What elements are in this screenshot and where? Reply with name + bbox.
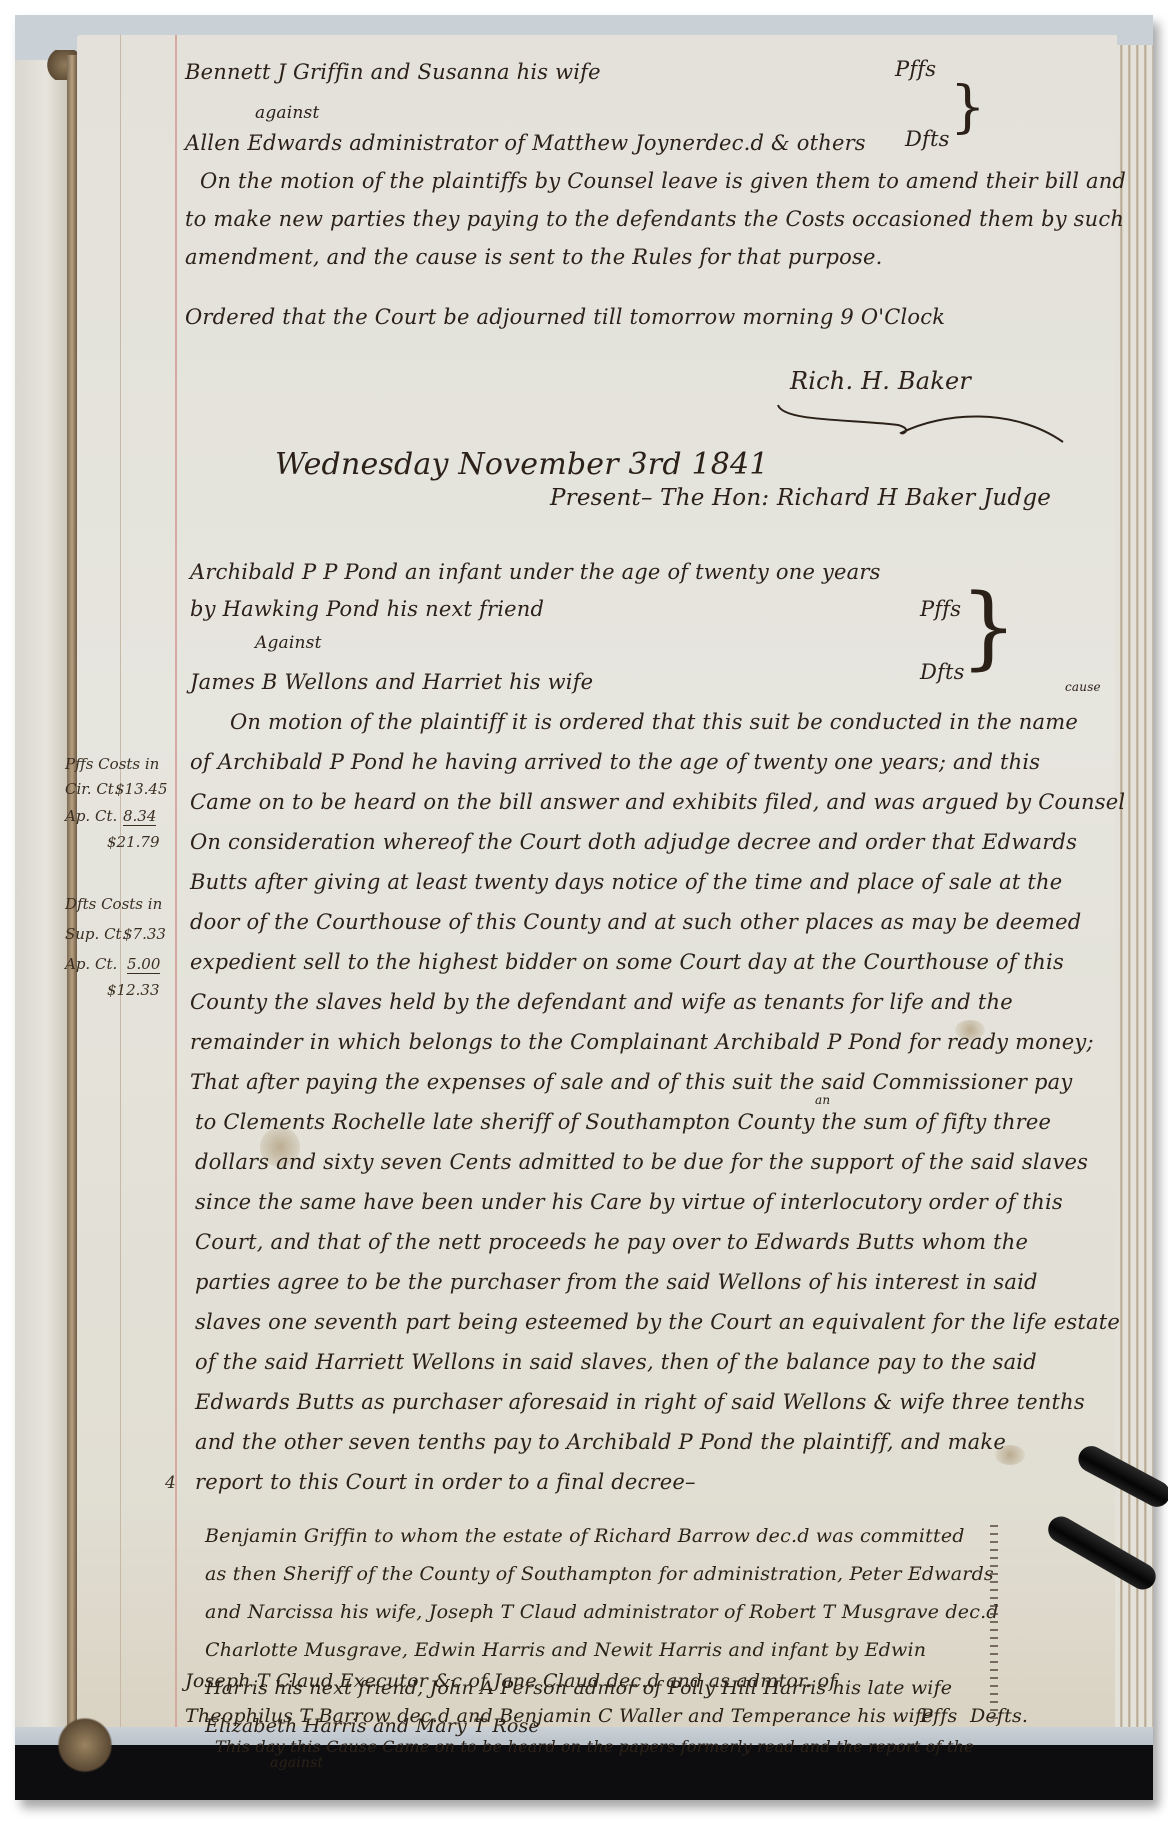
- case3-plaintiff-line: and Narcissa his wife, Joseph T Claud ad…: [205, 1601, 999, 1623]
- case3-plaintiff-line: Elizabeth Harris and Mary T Rose: [205, 1715, 540, 1737]
- case2-body-line: Came on to be heard on the bill answer a…: [190, 790, 1125, 814]
- case3-plaintiff-line: Charlotte Musgrave, Edwin Harris and New…: [205, 1639, 926, 1661]
- margin-pffs-row-amount: 8.34: [123, 807, 156, 826]
- case2-body-line: since the same have been under his Care …: [195, 1190, 1063, 1214]
- date-heading: Wednesday November 3rd 1841: [275, 447, 769, 482]
- case1-body-line: On the motion of the plaintiffs by Couns…: [200, 169, 1126, 193]
- case2-brace: }: [960, 575, 1017, 680]
- case2-body-line: and the other seven tenths pay to Archib…: [195, 1430, 1006, 1454]
- case1-defendants-label: Dfts: [905, 127, 950, 151]
- margin-tick-mark: 4: [165, 1473, 176, 1493]
- case1-against: against: [255, 103, 320, 123]
- margin-dfts-row-amount: 5.00: [127, 955, 160, 974]
- case2-plaintiff-line: by Hawking Pond his next friend: [190, 597, 544, 621]
- case2-body-line: door of the Courthouse of this County an…: [190, 910, 1081, 934]
- case2-defendants-label: Dfts: [920, 660, 965, 684]
- present-line: Present– The Hon: Richard H Baker Judge: [550, 485, 1051, 511]
- case2-body-line: expedient sell to the highest bidder on …: [190, 950, 1064, 974]
- case2-body-line: parties agree to be the purchaser from t…: [195, 1270, 1038, 1294]
- case2-body-line: Butts after giving at least twenty days …: [190, 870, 1062, 894]
- adjournment-order: Ordered that the Court be adjourned till…: [185, 305, 945, 329]
- black-background-band: [15, 1745, 1153, 1800]
- case2-body-line: County the slaves held by the defendant …: [190, 990, 1013, 1014]
- margin-dfts-row-amount: $7.33: [123, 925, 166, 943]
- case2-plaintiffs-label: Pffs: [920, 597, 961, 621]
- book-tailband: [55, 1715, 115, 1775]
- case2-body-line: Edwards Butts as purchaser aforesaid in …: [195, 1390, 1085, 1414]
- case1-body-line: amendment, and the cause is sent to the …: [185, 245, 882, 269]
- case3-plaintiff-line: Benjamin Griffin to whom the estate of R…: [205, 1525, 965, 1547]
- case2-body-line: dollars and sixty seven Cents admitted t…: [195, 1150, 1088, 1174]
- case2-body-line: slaves one seventh part being esteemed b…: [195, 1310, 1120, 1334]
- margin-pffs-row-label: Cir. Ct.: [65, 780, 119, 798]
- margin-dfts-total: $12.33: [107, 981, 160, 999]
- case2-body-line: of Archibald P Pond he having arrived to…: [190, 750, 1040, 774]
- margin-pffs-row-label: Ap. Ct.: [65, 807, 117, 825]
- margin-dfts-row-label: Ap. Ct.: [65, 955, 117, 973]
- margin-dfts-costs-heading: Dfts Costs in: [65, 895, 162, 913]
- judge-signature: Rich. H. Baker: [790, 367, 971, 395]
- case1-plaintiffs-label: Pffs: [895, 57, 936, 81]
- margin-pffs-row-amount: $13.45: [115, 780, 168, 798]
- margin-dfts-row-label: Sup. Ct.: [65, 925, 126, 943]
- inner-margin-rule: [120, 35, 121, 1750]
- margin-pffs-total: $21.79: [107, 833, 160, 851]
- case2-body-line: Court, and that of the nett proceeds he …: [195, 1230, 1028, 1254]
- case2-against: Against: [255, 633, 322, 653]
- case1-brace: }: [950, 75, 986, 140]
- case1-plaintiffs: Bennett J Griffin and Susanna his wife: [185, 60, 601, 84]
- margin-pffs-costs-heading: Pffs Costs in: [65, 755, 159, 773]
- case2-defendants: James B Wellons and Harriet his wife: [190, 670, 593, 694]
- signature-flourish: [773, 397, 1073, 447]
- case1-defendants: Allen Edwards administrator of Matthew J…: [185, 131, 866, 155]
- interlinear-cause: cause: [1065, 680, 1101, 694]
- case3-plaintiffs-label: Pffs: [920, 1705, 957, 1727]
- case2-body-line: On consideration whereof the Court doth …: [190, 830, 1077, 854]
- interlinear-an: an: [815, 1093, 830, 1107]
- document-photo: Bennett J Griffin and Susanna his wife P…: [15, 15, 1153, 1800]
- case2-body-line: report to this Court in order to a final…: [195, 1470, 696, 1494]
- case1-body-line: to make new parties they paying to the d…: [185, 207, 1124, 231]
- case3-against: against: [270, 1755, 323, 1771]
- case3-wavy-brace: [990, 1525, 998, 1725]
- case2-plaintiff-line: Archibald P P Pond an infant under the a…: [190, 560, 881, 584]
- case2-body-line: That after paying the expenses of sale a…: [190, 1070, 1072, 1094]
- case2-body-line: to Clements Rochelle late sheriff of Sou…: [195, 1110, 1051, 1134]
- left-page-edge: [15, 60, 67, 1750]
- case2-body-line: of the said Harriett Wellons in said sla…: [195, 1350, 1037, 1374]
- case3-plaintiff-line: Harris his next friend, John A Person ad…: [205, 1677, 952, 1699]
- case2-body-line: remainder in which belongs to the Compla…: [190, 1030, 1094, 1054]
- case2-body-line: On motion of the plaintiff it is ordered…: [230, 710, 1078, 734]
- case3-plaintiff-line: as then Sheriff of the County of Southam…: [205, 1563, 994, 1585]
